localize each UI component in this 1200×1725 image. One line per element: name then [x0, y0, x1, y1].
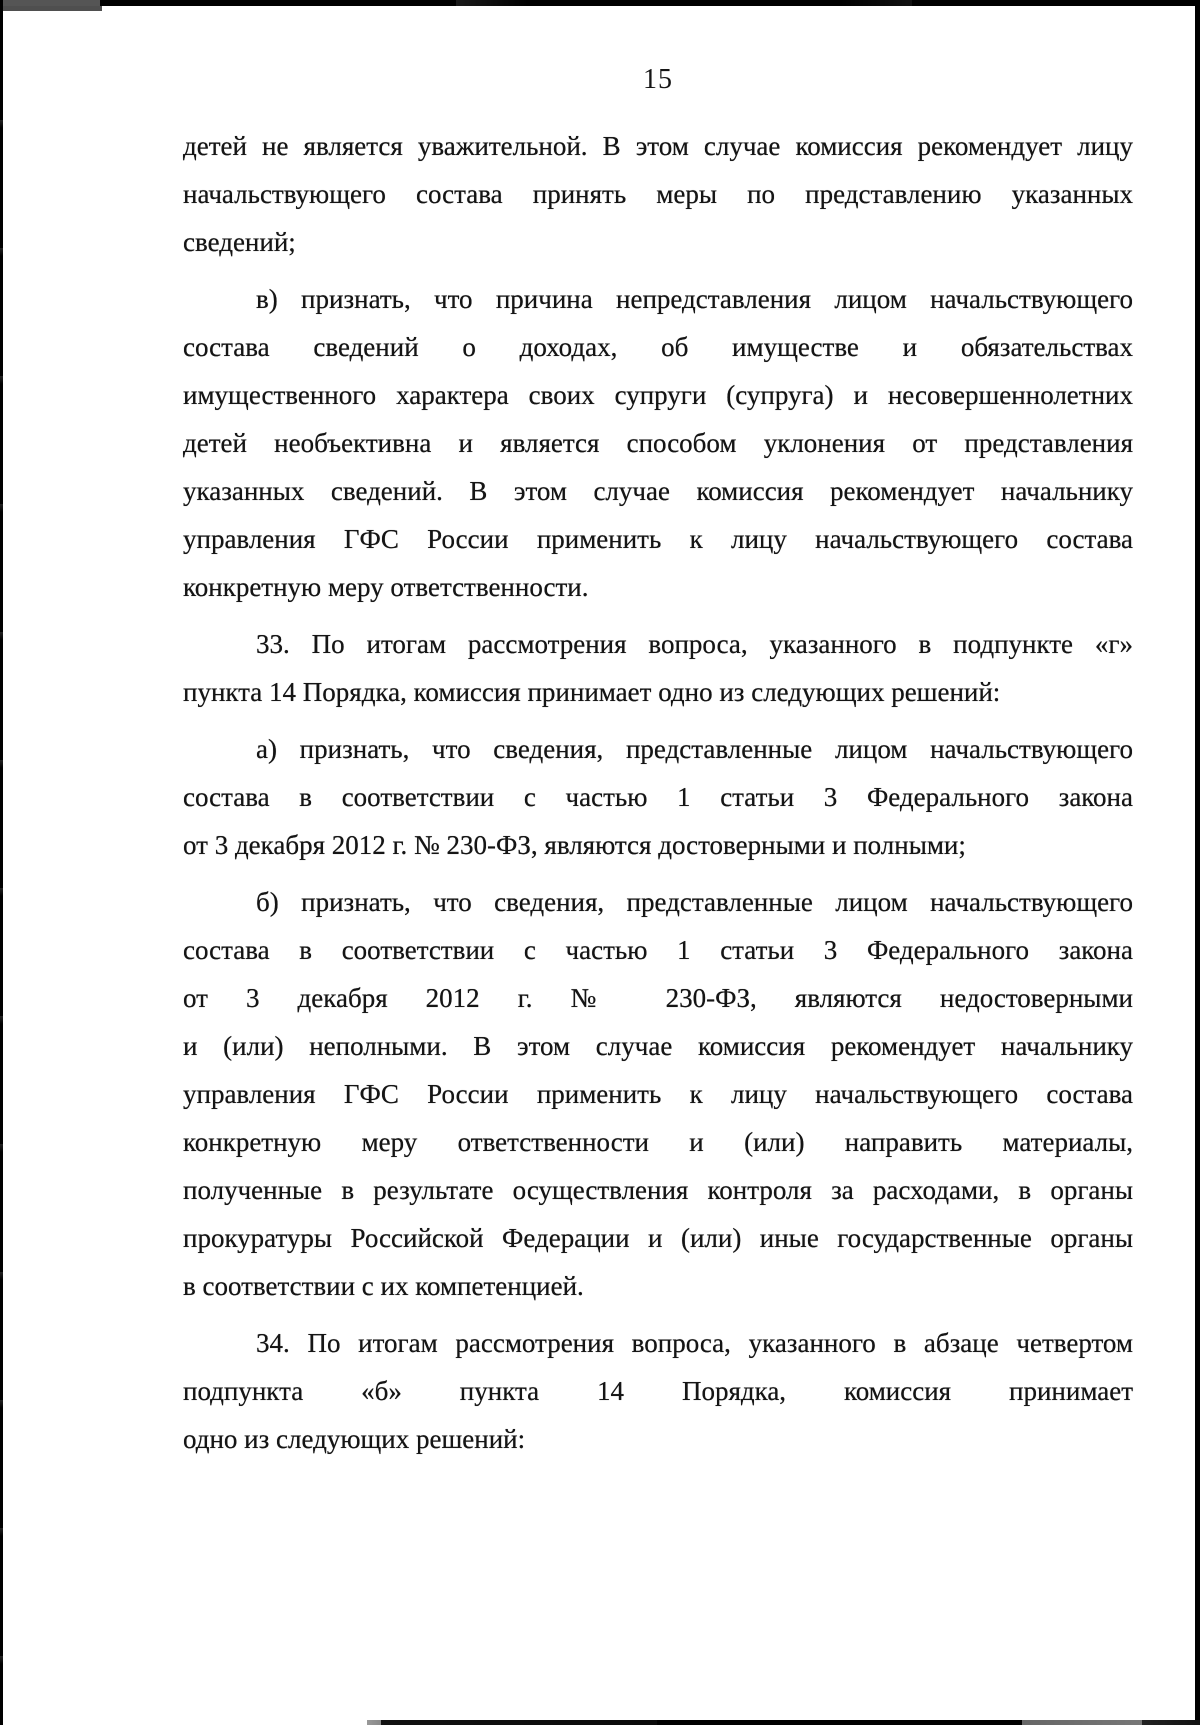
document-body: детей не является уважительной. В этом с…: [183, 122, 1133, 1472]
scan-edge-bottom: [367, 1720, 1200, 1725]
text-line: б) признать, что сведения, представленны…: [183, 878, 1133, 926]
text-line: состава сведений о доходах, об имуществе…: [183, 323, 1133, 371]
scanned-document-page: 15 детей не является уважительной. В это…: [0, 0, 1200, 1725]
text-line: состава в соответствии с частью 1 статьи…: [183, 926, 1133, 974]
text-line: от 3 декабря 2012 г. № 230-ФЗ, являются …: [183, 974, 1133, 1022]
text-line: а) признать, что сведения, представленны…: [183, 725, 1133, 773]
text-line: конкретную меру ответственности и (или) …: [183, 1118, 1133, 1166]
text-line: управления ГФС России применить к лицу н…: [183, 1070, 1133, 1118]
scan-edge-left: [0, 0, 3, 1725]
page-number: 15: [183, 64, 1133, 96]
text-line: начальствующего состава принять меры по …: [183, 170, 1133, 218]
text-line: в) признать, что причина непредставления…: [183, 275, 1133, 323]
text-line: конкретную меру ответственности.: [183, 563, 1133, 611]
text-line: и (или) неполными. В этом случае комисси…: [183, 1022, 1133, 1070]
text-line: 33. По итогам рассмотрения вопроса, указ…: [183, 620, 1133, 668]
paragraph: б) признать, что сведения, представленны…: [183, 878, 1133, 1310]
text-line: сведений;: [183, 218, 1133, 266]
text-line: детей не является уважительной. В этом с…: [183, 122, 1133, 170]
text-line: детей необъективна и является способом у…: [183, 419, 1133, 467]
scan-edge-right: [1195, 0, 1200, 1725]
text-line: имущественного характера своих супруги (…: [183, 371, 1133, 419]
text-line: 34. По итогам рассмотрения вопроса, указ…: [183, 1319, 1133, 1367]
scan-edge-top: [0, 0, 1200, 6]
paragraph: 33. По итогам рассмотрения вопроса, указ…: [183, 620, 1133, 716]
text-line: прокуратуры Российской Федерации и (или)…: [183, 1214, 1133, 1262]
paragraph: а) признать, что сведения, представленны…: [183, 725, 1133, 869]
text-line: управления ГФС России применить к лицу н…: [183, 515, 1133, 563]
text-line: в соответствии с их компетенцией.: [183, 1262, 1133, 1310]
text-line: от 3 декабря 2012 г. № 230-ФЗ, являются …: [183, 821, 1133, 869]
paragraph: в) признать, что причина непредставления…: [183, 275, 1133, 611]
paragraph: детей не является уважительной. В этом с…: [183, 122, 1133, 266]
text-line: одно из следующих решений:: [183, 1415, 1133, 1463]
text-line: подпункта «б» пункта 14 Порядка, комисси…: [183, 1367, 1133, 1415]
paragraph: 34. По итогам рассмотрения вопроса, указ…: [183, 1319, 1133, 1463]
text-line: полученные в результате осуществления ко…: [183, 1166, 1133, 1214]
text-line: указанных сведений. В этом случае комисс…: [183, 467, 1133, 515]
text-line: состава в соответствии с частью 1 статьи…: [183, 773, 1133, 821]
text-line: пункта 14 Порядка, комиссия принимает од…: [183, 668, 1133, 716]
